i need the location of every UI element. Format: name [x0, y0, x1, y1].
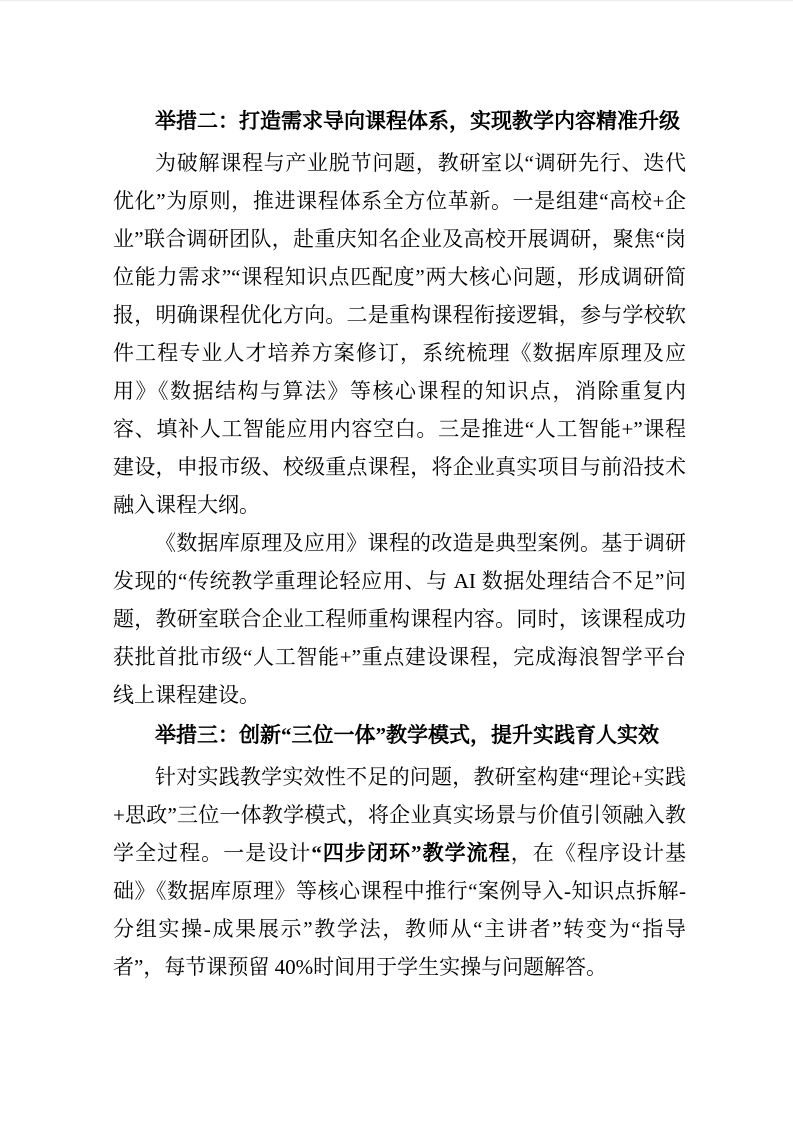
paragraph-database-case: 《数据库原理及应用》课程的改造是典型案例。基于调研发现的“传统教学重理论轻应用、…: [113, 524, 686, 714]
section-heading-measure-3: 举措三：创新“三位一体”教学模式，提升实践育人实效: [113, 716, 686, 754]
paragraph-teaching-mode: 针对实践教学实效性不足的问题，教研室构建“理论+实践+思政”三位一体教学模式，将…: [113, 758, 686, 986]
document-page: 举措二：打造需求导向课程体系，实现教学内容精准升级 为破解课程与产业脱节问题，教…: [0, 0, 793, 1122]
paragraph-teaching-mode-bold-phrase: “四步闭环”教学流程: [311, 841, 510, 865]
section-heading-measure-2: 举措二：打造需求导向课程体系，实现教学内容精准升级: [113, 102, 686, 140]
paragraph-course-system: 为破解课程与产业脱节问题，教研室以“调研先行、迭代优化”为原则，推进课程体系全方…: [113, 144, 686, 524]
